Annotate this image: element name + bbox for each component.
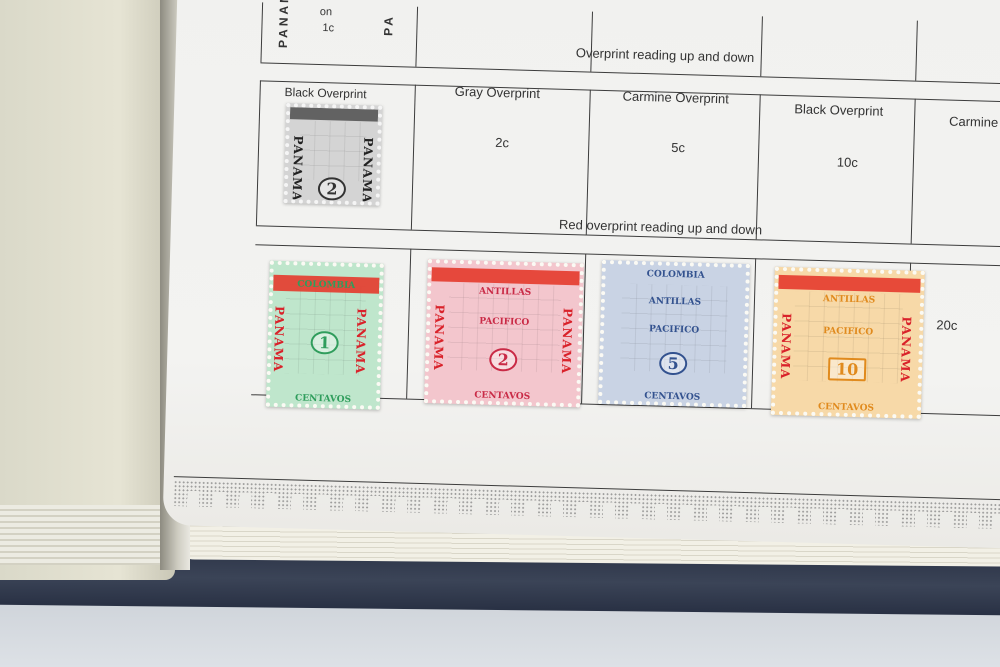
stamp-2-centavos: ANTILLAS PACIFICO PANAMA PANAMA 2 CENTAV… <box>424 259 584 407</box>
section-1-title: Overprint reading up and down <box>576 45 755 65</box>
cell-value-20c: 20c <box>936 317 957 333</box>
left-page-edges <box>0 505 165 565</box>
cell-value: 2c <box>495 135 509 150</box>
stamp-10-centavos: ANTILLAS PACIFICO PANAMA PANAMA 10 CENTA… <box>771 267 925 419</box>
cell-label: Gray Overprint <box>455 84 541 101</box>
stamp-1-centavo: COLOMBIA PANAMA PANAMA 1 CENTAVOS <box>266 261 384 410</box>
grid-line <box>256 80 261 225</box>
left-page <box>0 0 175 580</box>
stamp-5-centavos: COLOMBIA ANTILLAS PACIFICO 5 CENTAVOS <box>598 260 750 408</box>
cell-label: Black Overprint <box>284 85 366 101</box>
cell-value: 5c <box>671 140 685 155</box>
top-vertical-left: PANAMA <box>276 0 292 48</box>
grid-line <box>760 16 763 76</box>
grid-line <box>411 85 416 230</box>
grid-line <box>751 258 756 408</box>
grid-line <box>260 2 263 62</box>
top-label-value: 1c <box>322 22 334 34</box>
cell-value: 10c <box>837 154 858 170</box>
top-vertical-right: PA <box>381 14 396 36</box>
photo-scene: PANAMA on 1c PA Overprint reading up and… <box>0 0 1000 667</box>
grid-line <box>586 90 591 235</box>
grid-line <box>406 249 411 399</box>
grid-line <box>415 7 418 67</box>
grid-line <box>590 12 593 72</box>
cell-label: Carmine Overprint <box>622 88 729 106</box>
album-page: PANAMA on 1c PA Overprint reading up and… <box>163 0 1000 549</box>
stamp-black-overprint-image: PANAMA PANAMA 2 <box>284 103 383 206</box>
grid-line <box>915 21 918 81</box>
grid-line <box>260 62 1000 85</box>
grid-line <box>911 99 916 244</box>
grid-line <box>756 94 761 239</box>
cell-label: Black Overprint <box>794 101 883 118</box>
cell-label: Carmine <box>949 114 999 130</box>
top-label-on: on <box>320 6 333 18</box>
